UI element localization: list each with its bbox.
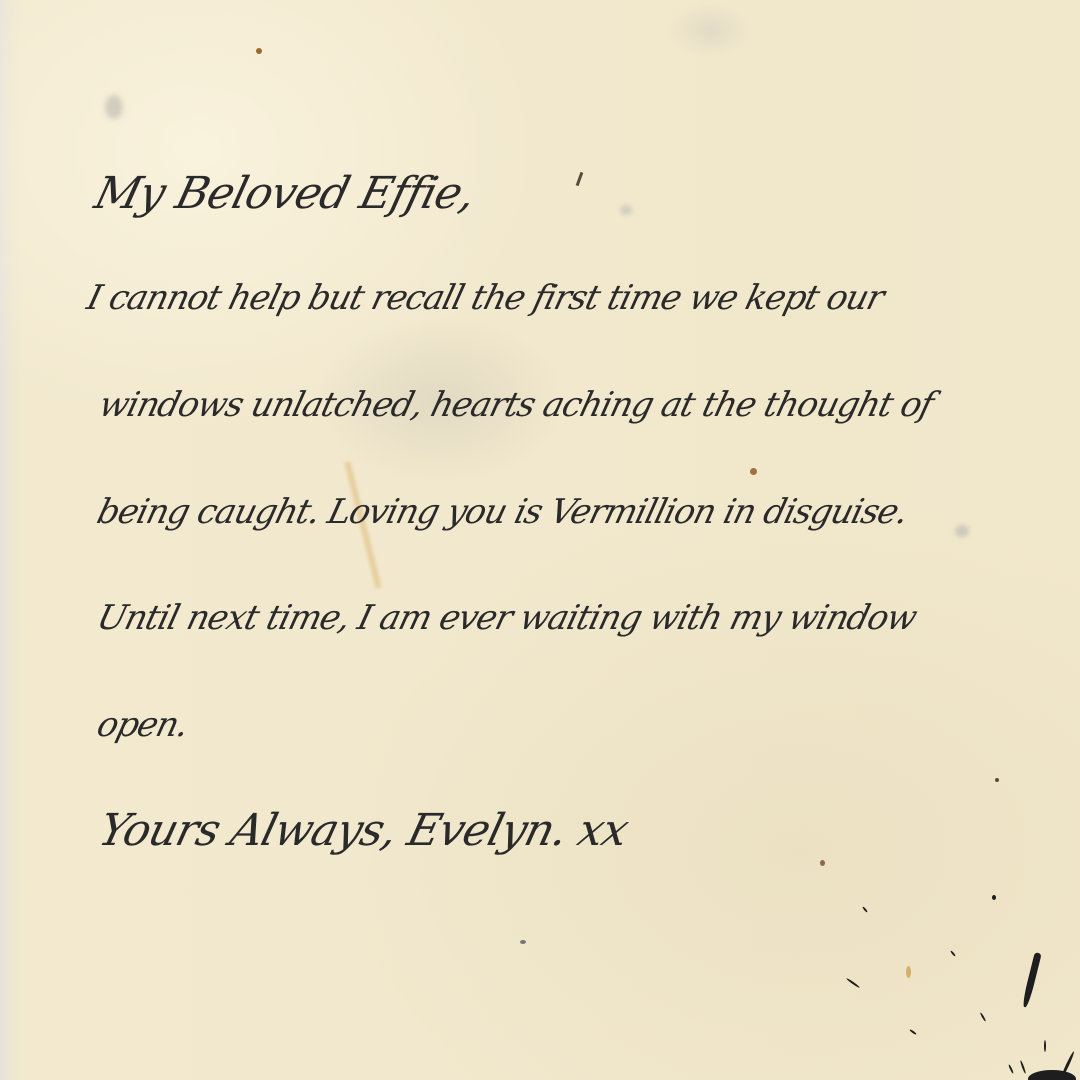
letter-line: Until next time, I am ever waiting with … — [93, 598, 920, 638]
aged-paper-background — [0, 0, 1080, 1080]
letter-line: open. — [93, 705, 192, 745]
letter-line: I cannot help but recall the first time … — [83, 278, 887, 318]
letter-salutation: My Beloved Effie, — [90, 168, 480, 219]
letter-line: being caught. Loving you is Vermillion i… — [93, 492, 912, 532]
letter-line: windows unlatched, hearts aching at the … — [95, 385, 937, 425]
letter-signature: Yours Always, Evelyn. xx — [94, 805, 633, 856]
